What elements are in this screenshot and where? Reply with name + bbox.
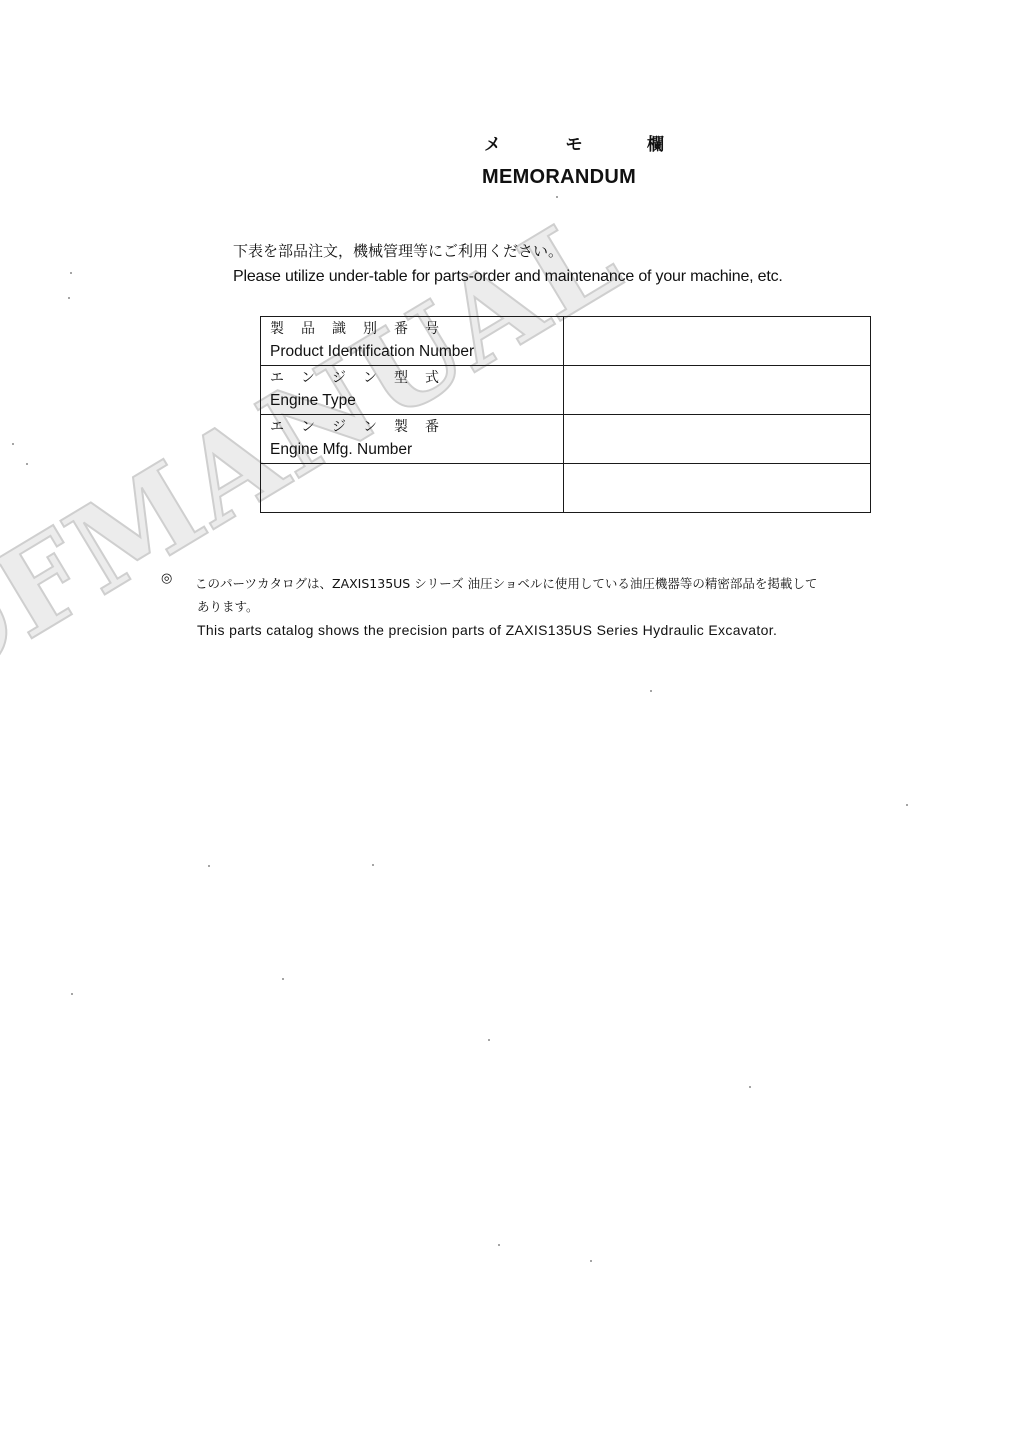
label-jp-char: ン — [301, 367, 332, 389]
blank-value-field[interactable] — [564, 464, 871, 513]
scan-speck — [488, 1039, 490, 1041]
page-title-jp: メ モ 欄 — [484, 130, 664, 155]
product-id-value-field[interactable] — [564, 317, 871, 366]
label-jp-char: 型 — [394, 367, 425, 389]
label-jp-char: 品 — [301, 318, 332, 340]
label-jp-char: 別 — [363, 318, 394, 340]
note-text-jp-line-2: あります。 — [197, 597, 259, 615]
note-text-en: This parts catalog shows the precision p… — [197, 622, 777, 638]
scan-speck — [590, 1260, 592, 1262]
scan-speck — [26, 463, 28, 465]
label-cell: エ ン ジ ン 型 式 Engine Type — [261, 366, 564, 415]
label-jp: エ ン ジ ン 型 式 — [261, 366, 563, 389]
blank-label-cell[interactable] — [261, 464, 564, 513]
document-page: OFMANUAL メ モ 欄 MEMORANDUM 下表を部品注文，機械管理等に… — [0, 0, 1024, 1447]
table-row-engine-mfg-number: エ ン ジ ン 製 番 Engine Mfg. Number — [261, 415, 871, 464]
label-jp-char: 製 — [394, 416, 425, 438]
engine-mfg-number-value-field[interactable] — [564, 415, 871, 464]
title-jp-char: メ — [484, 130, 501, 155]
label-jp-char: 号 — [425, 318, 456, 340]
label-jp-char: 式 — [425, 367, 456, 389]
scan-speck — [556, 196, 558, 198]
intro-text-jp: 下表を部品注文，機械管理等にご利用ください。 — [233, 240, 563, 261]
label-jp-char: 製 — [270, 318, 301, 340]
scan-speck — [12, 443, 14, 445]
label-en: Product Identification Number — [261, 340, 563, 364]
double-circle-icon: ◎ — [161, 571, 172, 586]
title-jp-char: モ — [566, 130, 583, 155]
note-text-jp-line-1: このパーツカタログは、ZAXIS135US シリーズ 油圧ショベルに使用している… — [195, 574, 817, 592]
title-jp-char: 欄 — [647, 130, 664, 155]
label-jp-char: エ — [270, 367, 301, 389]
scan-speck — [906, 804, 908, 806]
label-jp: エ ン ジ ン 製 番 — [261, 415, 563, 438]
scan-speck — [282, 978, 284, 980]
scan-speck — [498, 1244, 500, 1246]
scan-speck — [749, 1086, 751, 1088]
label-jp-char: ン — [301, 416, 332, 438]
table-row-product-id: 製 品 識 別 番 号 Product Identification Numbe… — [261, 317, 871, 366]
label-jp-char: 識 — [332, 318, 363, 340]
label-jp: 製 品 識 別 番 号 — [261, 317, 563, 340]
scan-speck — [70, 272, 72, 274]
label-en: Engine Type — [261, 389, 563, 413]
label-jp-char: ジ — [332, 367, 363, 389]
label-jp-char: ン — [363, 367, 394, 389]
scan-speck — [208, 865, 210, 867]
label-cell: 製 品 識 別 番 号 Product Identification Numbe… — [261, 317, 564, 366]
label-jp-char: 番 — [425, 416, 456, 438]
scan-speck — [71, 993, 73, 995]
label-jp-char: ジ — [332, 416, 363, 438]
scan-speck — [372, 864, 374, 866]
label-en: Engine Mfg. Number — [261, 438, 563, 462]
engine-type-value-field[interactable] — [564, 366, 871, 415]
label-jp-char: 番 — [394, 318, 425, 340]
scan-speck — [68, 297, 70, 299]
label-cell: エ ン ジ ン 製 番 Engine Mfg. Number — [261, 415, 564, 464]
table-row-engine-type: エ ン ジ ン 型 式 Engine Type — [261, 366, 871, 415]
label-jp-char: エ — [270, 416, 301, 438]
memo-table: 製 品 識 別 番 号 Product Identification Numbe… — [260, 316, 871, 513]
label-jp-char: ン — [363, 416, 394, 438]
intro-text-en: Please utilize under-table for parts-ord… — [233, 268, 783, 286]
table-row-blank — [261, 464, 871, 513]
scan-speck — [650, 690, 652, 692]
page-title: MEMORANDUM — [482, 166, 636, 189]
